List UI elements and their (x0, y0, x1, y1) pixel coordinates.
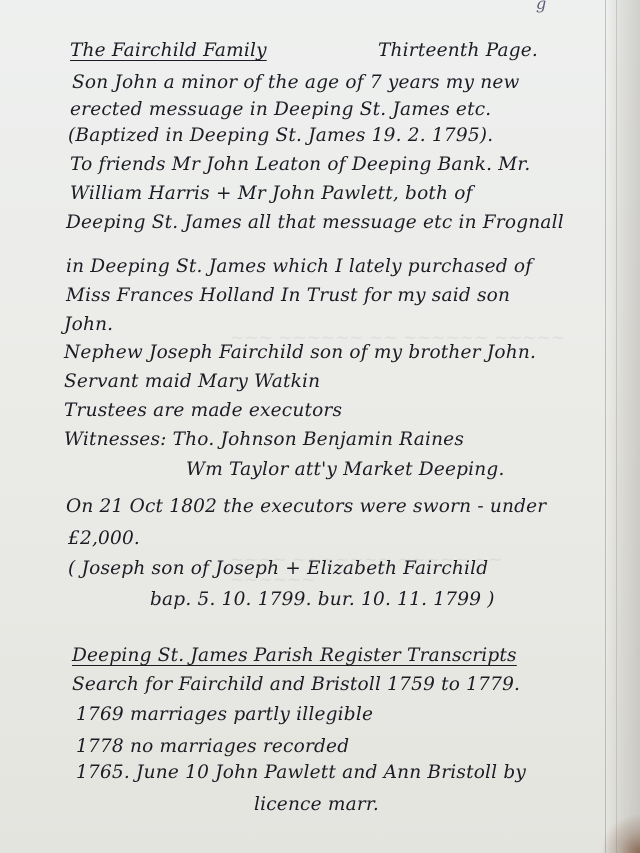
text-line: Search for Fairchild and Bristoll 1759 t… (72, 676, 520, 695)
text-line: Witnesses: Tho. Johnson Benjamin Raines (64, 431, 464, 450)
text-line: Miss Frances Holland In Trust for my sai… (66, 287, 510, 306)
text-line: licence marr. (254, 796, 379, 815)
document-heading: The Fairchild Family (70, 42, 267, 61)
page-number-heading: Thirteenth Page. (378, 42, 538, 61)
text-line: 1769 marriages partly illegible (76, 706, 373, 725)
text-line: 1765. June 10 John Pawlett and Ann Brist… (76, 764, 526, 783)
corner-shadow (600, 813, 640, 853)
text-line: Servant maid Mary Watkin (64, 373, 320, 392)
text-line: £2,000. (68, 530, 140, 549)
text-line: Deeping St. James all that messuage etc … (66, 214, 564, 233)
page-edge (605, 0, 640, 853)
text-line: bap. 5. 10. 1799. bur. 10. 11. 1799 ) (150, 591, 495, 610)
text-line: erected messuage in Deeping St. James et… (70, 101, 491, 120)
text-line: To friends Mr John Leaton of Deeping Ban… (70, 156, 531, 175)
text-line: Nephew Joseph Fairchild son of my brothe… (64, 344, 536, 363)
text-line: On 21 Oct 1802 the executors were sworn … (66, 498, 546, 517)
text-line: Trustees are made executors (64, 402, 342, 421)
text-line: Wm Taylor att'y Market Deeping. (186, 461, 505, 480)
page-top-mark: g (536, 0, 546, 13)
handwritten-page: ~~~ ~~~~~~ ~~ ~~~~~~ ~~~~~ ~~~~ ~~~~~~~ … (0, 0, 640, 853)
text-line: 1778 no marriages recorded (76, 738, 349, 757)
text-line: Son John a minor of the age of 7 years m… (72, 74, 520, 93)
text-line: William Harris + Mr John Pawlett, both o… (70, 185, 473, 204)
text-line: (Baptized in Deeping St. James 19. 2. 17… (68, 127, 493, 146)
text-line: ( Joseph son of Joseph + Elizabeth Fairc… (68, 560, 488, 579)
text-line: John. (64, 316, 113, 335)
text-line: in Deeping St. James which I lately purc… (66, 258, 532, 277)
section-heading: Deeping St. James Parish Register Transc… (72, 647, 517, 666)
